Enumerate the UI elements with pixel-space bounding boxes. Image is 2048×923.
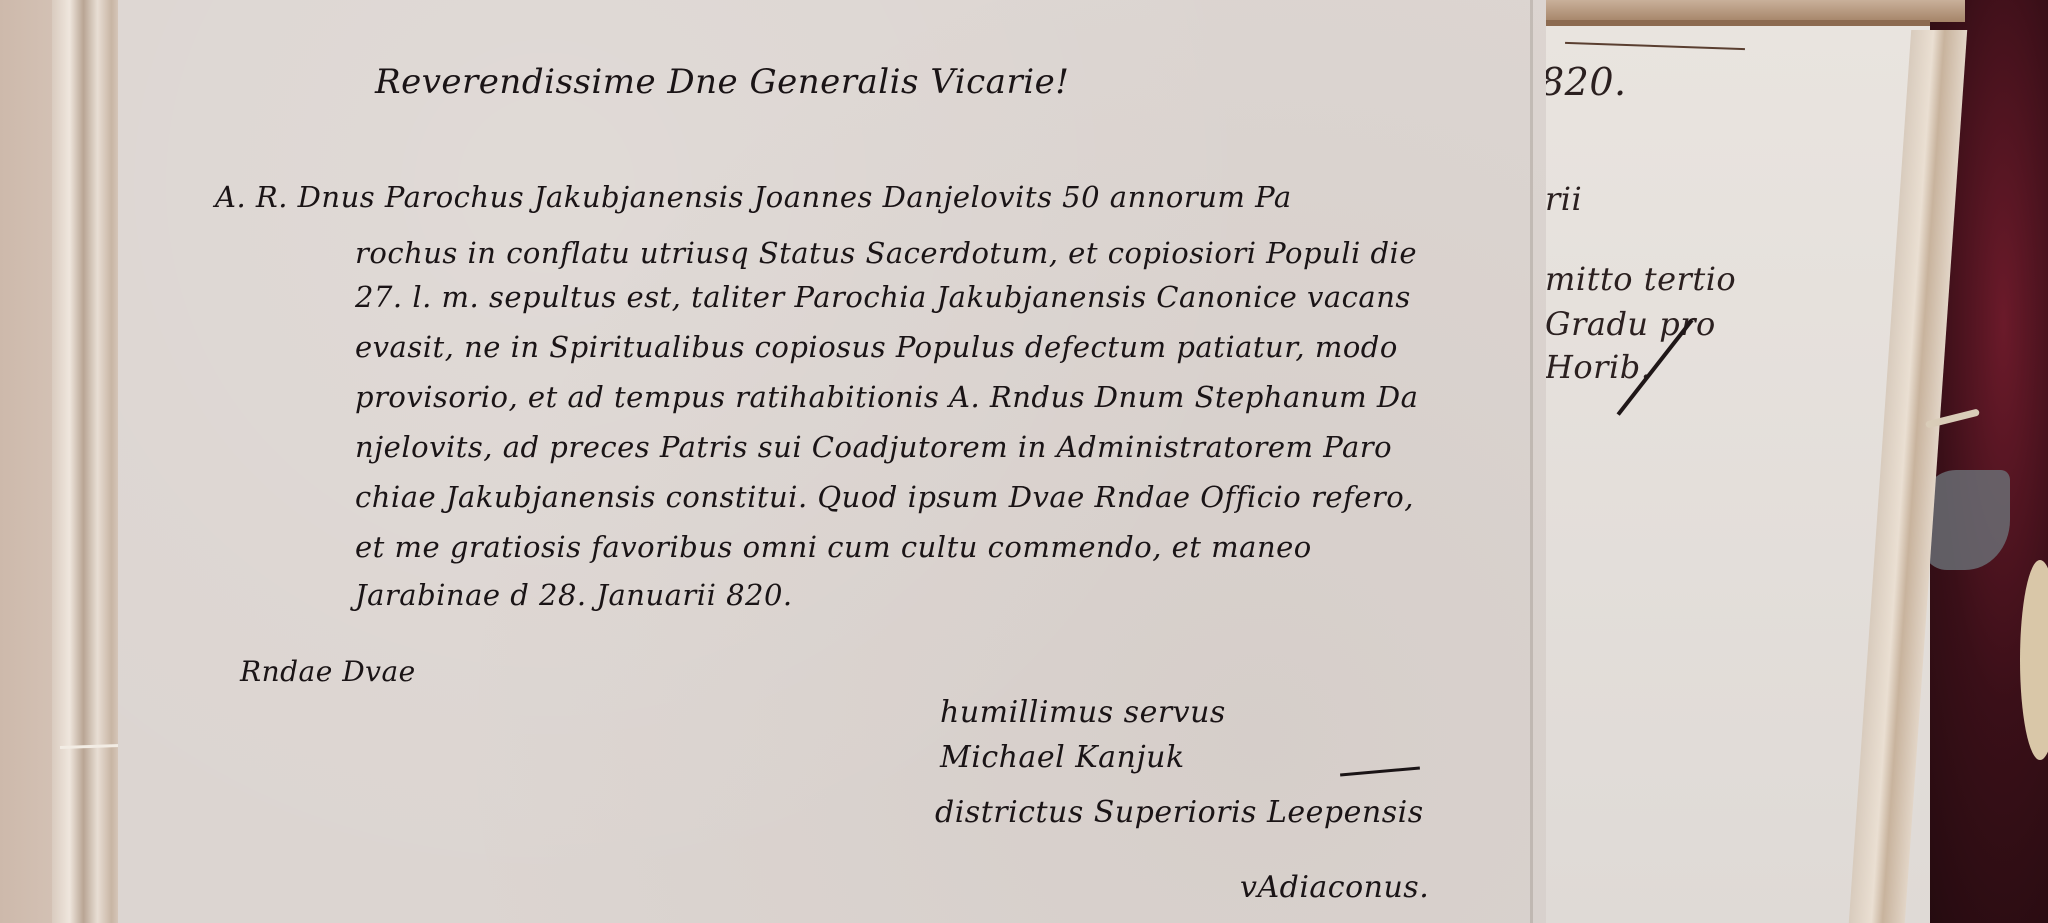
background-left [0, 0, 60, 923]
page-fold-line [1530, 0, 1533, 923]
binding-spine-left [52, 0, 122, 923]
right-page-top-edge [1545, 0, 1965, 22]
letter-closing-address: Rndae Dvae [240, 655, 416, 688]
signature-closing: humillimus servus [940, 695, 1226, 730]
letter-body-line: rochus in conflatu utriusq Status Sacerd… [355, 236, 1417, 270]
letter-salutation: Reverendissime Dne Generalis Vicarie! [375, 62, 1069, 102]
letter-body-line: chiae Jakubjanensis constitui. Quod ipsu… [355, 480, 1414, 514]
signature-title: districtus Superioris Leepensis [935, 795, 1424, 830]
letter-body-line: A. R. Dnus Parochus Jakubjanensis Joanne… [215, 180, 1292, 214]
signature-name: Michael Kanjuk [940, 740, 1185, 775]
letter-body-line: njelovits, ad preces Patris sui Coadjuto… [355, 430, 1392, 464]
adjacent-page-fragment: rii [1545, 180, 1582, 218]
adjacent-page-fragment: mitto tertio [1545, 260, 1736, 298]
signature-office: vAdiaconus. [1240, 870, 1429, 905]
letter-date-line: Jarabinae d 28. Januarii 820. [355, 578, 793, 612]
adjacent-page-year: 820. [1540, 60, 1627, 104]
adjacent-page-fragment: Horib. [1545, 348, 1651, 386]
letter-body-line: evasit, ne in Spiritualibus copiosus Pop… [355, 330, 1398, 364]
letter-body-line: et me gratiosis favoribus omni cum cultu… [355, 530, 1312, 564]
letter-body-line: provisorio, et ad tempus ratihabitionis … [355, 380, 1418, 414]
letter-body-line: 27. l. m. sepultus est, taliter Parochia… [355, 280, 1411, 314]
